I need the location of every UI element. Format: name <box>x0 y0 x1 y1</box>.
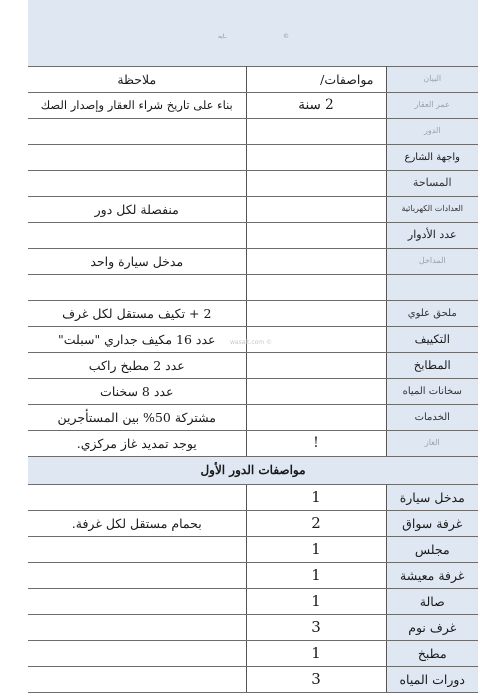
row-label: عمر العقار <box>386 93 478 119</box>
row-note: عدد 8 سخنات <box>28 379 246 405</box>
row-note: منفصلة لكل دور <box>28 197 246 223</box>
floor-row-count: 3 <box>246 667 386 693</box>
row-spec <box>246 145 386 171</box>
row-label: العدادات الكهربائية <box>386 197 478 223</box>
row-note <box>28 275 246 301</box>
document-page: ـايه © البيان مواصفات/ ملاحظة عمر العقار… <box>0 0 500 694</box>
row-note <box>28 171 246 197</box>
floor-row-note <box>28 563 246 589</box>
header-spec-cell: مواصفات/ <box>246 67 386 93</box>
table-row: المساحة <box>28 171 478 197</box>
row-note <box>28 119 246 145</box>
floor-row-label: مجلس <box>386 537 478 563</box>
row-spec <box>246 249 386 275</box>
row-spec <box>246 119 386 145</box>
row-label: الغاز <box>386 431 478 457</box>
floor-row-note <box>28 641 246 667</box>
row-label: المساحة <box>386 171 478 197</box>
floor-row-label: مدخل سيارة <box>386 485 478 511</box>
row-label: التكييف <box>386 327 478 353</box>
floor-row-count: 2 <box>246 511 386 537</box>
floor-row: غرفة معيشة 1 <box>28 563 478 589</box>
row-note: عدد 16 مكيف جداري "سبلت" <box>28 327 246 353</box>
row-note: عدد 2 مطبخ راكب <box>28 353 246 379</box>
row-spec <box>246 353 386 379</box>
floor-row-count: 3 <box>246 615 386 641</box>
table-row: الغاز ! يوجد تمديد غاز مركزي. <box>28 431 478 457</box>
floor-row: غرف نوم 3 <box>28 615 478 641</box>
header-label-cell: البيان <box>386 67 478 93</box>
table-header-row: البيان مواصفات/ ملاحظة <box>28 67 478 93</box>
row-note: يوجد تمديد غاز مركزي. <box>28 431 246 457</box>
banner-mark-icon: © <box>283 33 289 40</box>
row-spec <box>246 379 386 405</box>
floor-row-note <box>28 615 246 641</box>
header-note-cell: ملاحظة <box>28 67 246 93</box>
floor-row-label: غرفة سواق <box>386 511 478 537</box>
floor-row: مطبخ 1 <box>28 641 478 667</box>
row-spec: 2 سنة <box>246 93 386 119</box>
section-title: مواصفات الدور الأول <box>28 457 478 485</box>
row-label: ملحق علوي <box>386 301 478 327</box>
row-label <box>386 275 478 301</box>
watermark-text: wasalt.com © <box>230 339 272 346</box>
floor-row-label: مطبخ <box>386 641 478 667</box>
floor-row-count: 1 <box>246 485 386 511</box>
floor-row-note <box>28 485 246 511</box>
header-banner: ـايه © <box>28 0 478 66</box>
row-spec <box>246 223 386 249</box>
floor-row-count: 1 <box>246 641 386 667</box>
row-note: بناء على تاريخ شراء العقار وإصدار الصك <box>28 93 246 119</box>
table-row: المطابخ عدد 2 مطبخ راكب <box>28 353 478 379</box>
section-header-row: مواصفات الدور الأول <box>28 457 478 485</box>
table-row: العدادات الكهربائية منفصلة لكل دور <box>28 197 478 223</box>
floor-row-count: 1 <box>246 589 386 615</box>
table-row: ملحق علوي 2 + تكيف مستقل لكل غرف <box>28 301 478 327</box>
row-note: 2 + تكيف مستقل لكل غرف <box>28 301 246 327</box>
table-row: الدور <box>28 119 478 145</box>
floor-row: مجلس 1 <box>28 537 478 563</box>
floor-row-count: 1 <box>246 563 386 589</box>
banner-mark-text: ـايه <box>218 33 226 40</box>
floor-row: دورات المياه 3 <box>28 667 478 693</box>
row-spec <box>246 405 386 431</box>
row-spec <box>246 197 386 223</box>
floor-row: غرفة سواق 2 بحمام مستقل لكل غرفة. <box>28 511 478 537</box>
property-spec-table: البيان مواصفات/ ملاحظة عمر العقار 2 سنة … <box>28 66 478 693</box>
floor-row: صالة 1 <box>28 589 478 615</box>
row-note: مشتركة 50% بين المستأجرين <box>28 405 246 431</box>
floor-row-note <box>28 667 246 693</box>
table-row: عمر العقار 2 سنة بناء على تاريخ شراء الع… <box>28 93 478 119</box>
table-row: واجهة الشارع <box>28 145 478 171</box>
floor-row-note <box>28 589 246 615</box>
row-label: واجهة الشارع <box>386 145 478 171</box>
floor-row-note: بحمام مستقل لكل غرفة. <box>28 511 246 537</box>
row-spec <box>246 171 386 197</box>
row-label: المداخل <box>386 249 478 275</box>
floor-row-label: دورات المياه <box>386 667 478 693</box>
floor-row-label: غرفة معيشة <box>386 563 478 589</box>
table-row <box>28 275 478 301</box>
row-label: عدد الأدوار <box>386 223 478 249</box>
row-label: المطابخ <box>386 353 478 379</box>
floor-row-label: صالة <box>386 589 478 615</box>
row-label: الخدمات <box>386 405 478 431</box>
row-label: سخانات المياه <box>386 379 478 405</box>
row-note <box>28 223 246 249</box>
row-spec <box>246 275 386 301</box>
table-row: الخدمات مشتركة 50% بين المستأجرين <box>28 405 478 431</box>
floor-row: مدخل سيارة 1 <box>28 485 478 511</box>
table-row: سخانات المياه عدد 8 سخنات <box>28 379 478 405</box>
floor-row-note <box>28 537 246 563</box>
floor-row-label: غرف نوم <box>386 615 478 641</box>
row-label: الدور <box>386 119 478 145</box>
row-spec <box>246 301 386 327</box>
floor-row-count: 1 <box>246 537 386 563</box>
row-note: مدخل سيارة واحد <box>28 249 246 275</box>
table-row: عدد الأدوار <box>28 223 478 249</box>
row-note <box>28 145 246 171</box>
row-spec: ! <box>246 431 386 457</box>
table-row: المداخل مدخل سيارة واحد <box>28 249 478 275</box>
